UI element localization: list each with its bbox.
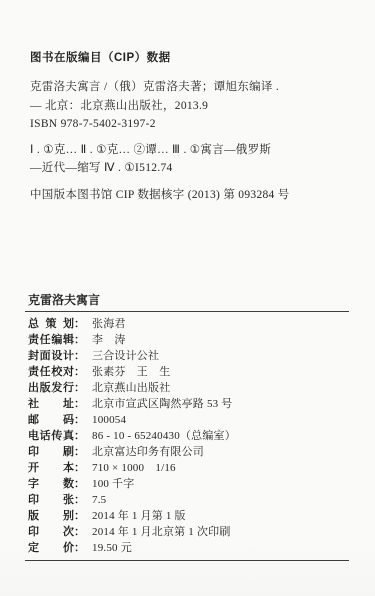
- colophon-row-value: 三合设计公社: [92, 350, 159, 362]
- label-colon: ：: [74, 334, 85, 346]
- label-colon: ：: [74, 526, 85, 538]
- label-colon: ：: [74, 542, 85, 554]
- colophon-row-value: 北京市宣武区陶然亭路 53 号: [92, 398, 233, 410]
- colophon-row-value: 北京燕山出版社: [92, 382, 170, 394]
- colophon-row-publisher: 出版发行：北京燕山出版社: [28, 380, 349, 396]
- cip-heading: 图书在版编目（CIP）数据: [30, 50, 355, 66]
- title-divider-rule: [25, 308, 349, 312]
- colophon-row-value: 710 × 1000 1/16: [92, 462, 176, 474]
- colophon-row-value: 李 涛: [92, 334, 126, 346]
- colophon-row-format: 开本：710 × 1000 1/16: [28, 460, 349, 476]
- colophon-row-label: 印次: [28, 524, 74, 540]
- colophon-row-label: 封面设计: [28, 348, 74, 364]
- colophon-row-word-count: 字数：100 千字: [28, 476, 349, 492]
- colophon-row-label: 印张: [28, 492, 74, 508]
- colophon-row-value: 100054: [92, 414, 126, 426]
- colophon-row-value: 86 - 10 - 65240430（总编室）: [92, 430, 236, 442]
- label-colon: ：: [74, 366, 85, 378]
- colophon-row-value: 张海君: [92, 318, 126, 330]
- colophon-row-address: 社址：北京市宣武区陶然亭路 53 号: [28, 396, 349, 412]
- cip-title-author-line: 克雷洛夫寓言 /（俄）克雷洛夫著；谭旭东编译 .: [30, 78, 355, 97]
- label-colon: ：: [74, 446, 85, 458]
- colophon-row-label: 总策划: [28, 316, 74, 332]
- colophon-row-printer: 印刷：北京富达印务有限公司: [28, 444, 349, 460]
- colophon-row-editor: 责任编辑：李 涛: [28, 332, 349, 348]
- cip-classification-line-1: Ⅰ . ①克… Ⅱ . ①克… ②谭… Ⅲ . ①寓言—俄罗斯: [30, 141, 355, 160]
- cip-classification-line-2: —近代—缩写 Ⅳ . ①I512.74: [30, 159, 355, 178]
- colophon-row-impression: 印次：2014 年 1 月北京第 1 次印刷: [28, 524, 349, 540]
- colophon-row-phone-fax: 电话传真：86 - 10 - 65240430（总编室）: [28, 428, 349, 444]
- colophon-row-value: 7.5: [92, 494, 106, 506]
- colophon-row-label: 版别: [28, 508, 74, 524]
- colophon-row-value: 2014 年 1 月北京第 1 次印刷: [92, 526, 231, 538]
- colophon-row-label: 字数: [28, 476, 74, 492]
- cip-record-number: 中国版本图书馆 CIP 数据核字 (2013) 第 093284 号: [30, 186, 355, 205]
- label-colon: ：: [74, 510, 85, 522]
- label-colon: ：: [74, 478, 85, 490]
- colophon-row-postcode: 邮码：100054: [28, 412, 349, 428]
- colophon-row-label: 定价: [28, 540, 74, 556]
- label-colon: ：: [74, 430, 85, 442]
- colophon-row-value: 19.50 元: [92, 542, 132, 554]
- colophon-row-value: 100 千字: [92, 478, 134, 490]
- label-colon: ：: [74, 414, 85, 426]
- colophon-row-label: 出版发行: [28, 380, 74, 396]
- colophon-rows: 总策划：张海君 责任编辑：李 涛 封面设计：三合设计公社 责任校对：张素芬 王 …: [25, 316, 349, 556]
- label-colon: ：: [74, 462, 85, 474]
- colophon-row-value: 2014 年 1 月第 1 版: [92, 510, 186, 522]
- colophon-block: 克雷洛夫寓言 总策划：张海君 责任编辑：李 涛 封面设计：三合设计公社 责任校对…: [25, 293, 349, 561]
- colophon-row-edition: 版别：2014 年 1 月第 1 版: [28, 508, 349, 524]
- colophon-row-label: 印刷: [28, 444, 74, 460]
- bottom-divider-rule: [25, 560, 349, 561]
- book-title: 克雷洛夫寓言: [25, 293, 349, 308]
- label-colon: ：: [74, 398, 85, 410]
- colophon-row-label: 电话传真: [28, 428, 74, 444]
- colophon-row-chief-planner: 总策划：张海君: [28, 316, 349, 332]
- colophon-row-label: 邮码: [28, 412, 74, 428]
- colophon-row-sheets: 印张：7.5: [28, 492, 349, 508]
- colophon-row-label: 责任编辑: [28, 332, 74, 348]
- cip-isbn-line: ISBN 978-7-5402-3197-2: [30, 115, 355, 134]
- cip-data-block: 图书在版编目（CIP）数据 克雷洛夫寓言 /（俄）克雷洛夫著；谭旭东编译 . —…: [30, 50, 355, 204]
- colophon-row-value: 张素芬 王 生: [92, 366, 170, 378]
- colophon-row-label: 社址: [28, 396, 74, 412]
- label-colon: ：: [74, 318, 85, 330]
- label-colon: ：: [74, 382, 85, 394]
- colophon-row-label: 开本: [28, 460, 74, 476]
- cip-publisher-line: — 北京：北京燕山出版社，2013.9: [30, 97, 355, 116]
- colophon-row-price: 定价：19.50 元: [28, 540, 349, 556]
- colophon-row-label: 责任校对: [28, 364, 74, 380]
- colophon-row-value: 北京富达印务有限公司: [92, 446, 204, 458]
- label-colon: ：: [74, 350, 85, 362]
- colophon-row-proofreader: 责任校对：张素芬 王 生: [28, 364, 349, 380]
- colophon-row-cover-design: 封面设计：三合设计公社: [28, 348, 349, 364]
- label-colon: ：: [74, 494, 85, 506]
